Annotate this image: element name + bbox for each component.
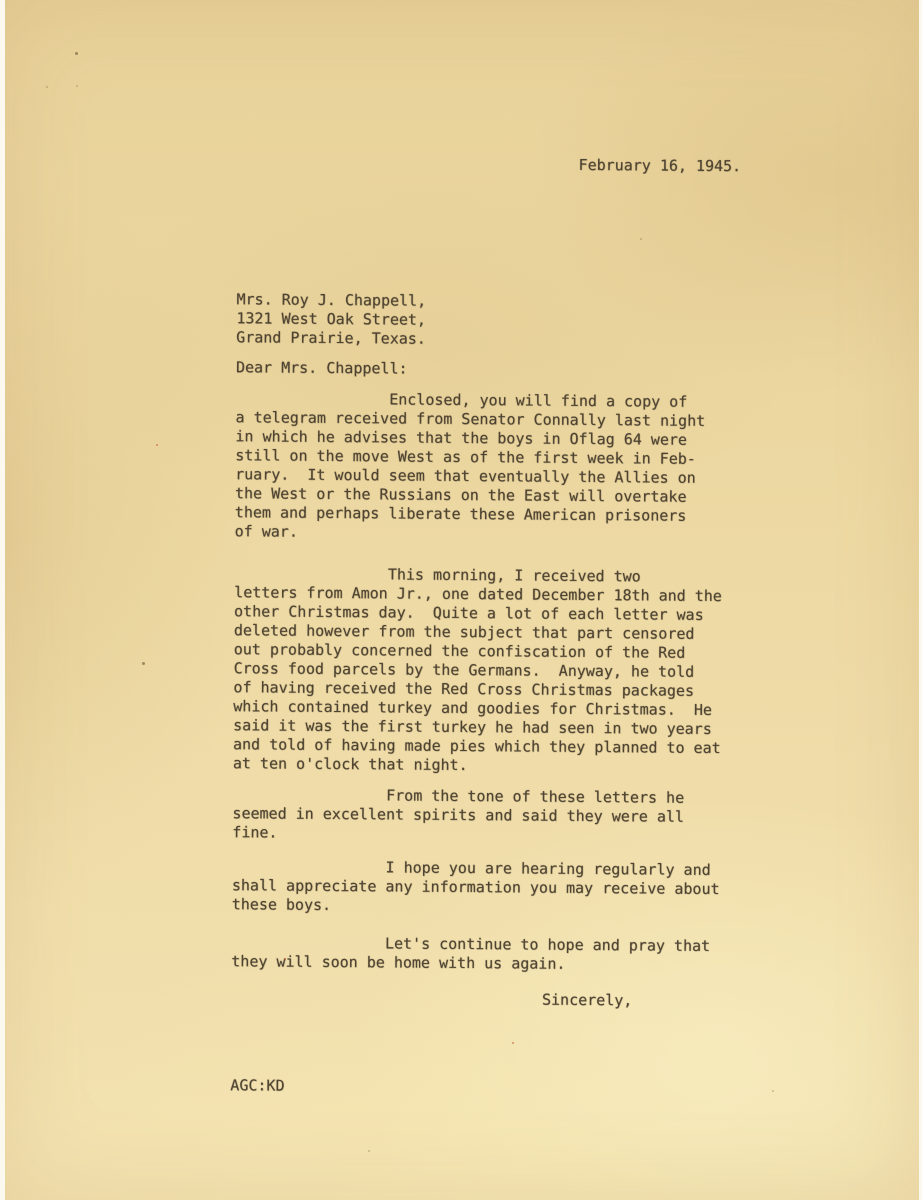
letter-paragraph: From the tone of these letters he seemed… xyxy=(232,785,684,846)
paper-speck xyxy=(368,1150,370,1152)
paper-speck xyxy=(772,1090,774,1092)
paper-speck xyxy=(76,85,78,87)
recipient-address: Mrs. Roy J. Chappell, 1321 West Oak Stre… xyxy=(236,290,426,348)
salutation: Dear Mrs. Chappell: xyxy=(236,358,408,378)
paper-speck xyxy=(75,52,78,55)
letter-date: February 16, 1945. xyxy=(578,156,741,176)
typist-initials: AGC:KD xyxy=(230,1076,284,1095)
paper-speck xyxy=(46,86,48,88)
paper-speck xyxy=(142,662,145,665)
letter-paragraph: This morning, I received two letters fro… xyxy=(233,564,722,777)
paper-speck xyxy=(156,444,158,446)
paper-speck xyxy=(284,958,286,960)
paper-speck xyxy=(512,1042,514,1044)
scanned-letter: February 16, 1945. Mrs. Roy J. Chappell,… xyxy=(0,0,922,1200)
closing: Sincerely, xyxy=(542,991,632,1011)
letter-paragraph: I hope you are hearing regularly and sha… xyxy=(232,857,720,918)
paper-speck xyxy=(640,238,642,240)
letter-paragraph: Let's continue to hope and pray that the… xyxy=(231,933,710,975)
letter-paragraph: Enclosed, you will find a copy of a tele… xyxy=(235,389,706,545)
letter-content: February 16, 1945. Mrs. Roy J. Chappell,… xyxy=(0,0,922,1200)
